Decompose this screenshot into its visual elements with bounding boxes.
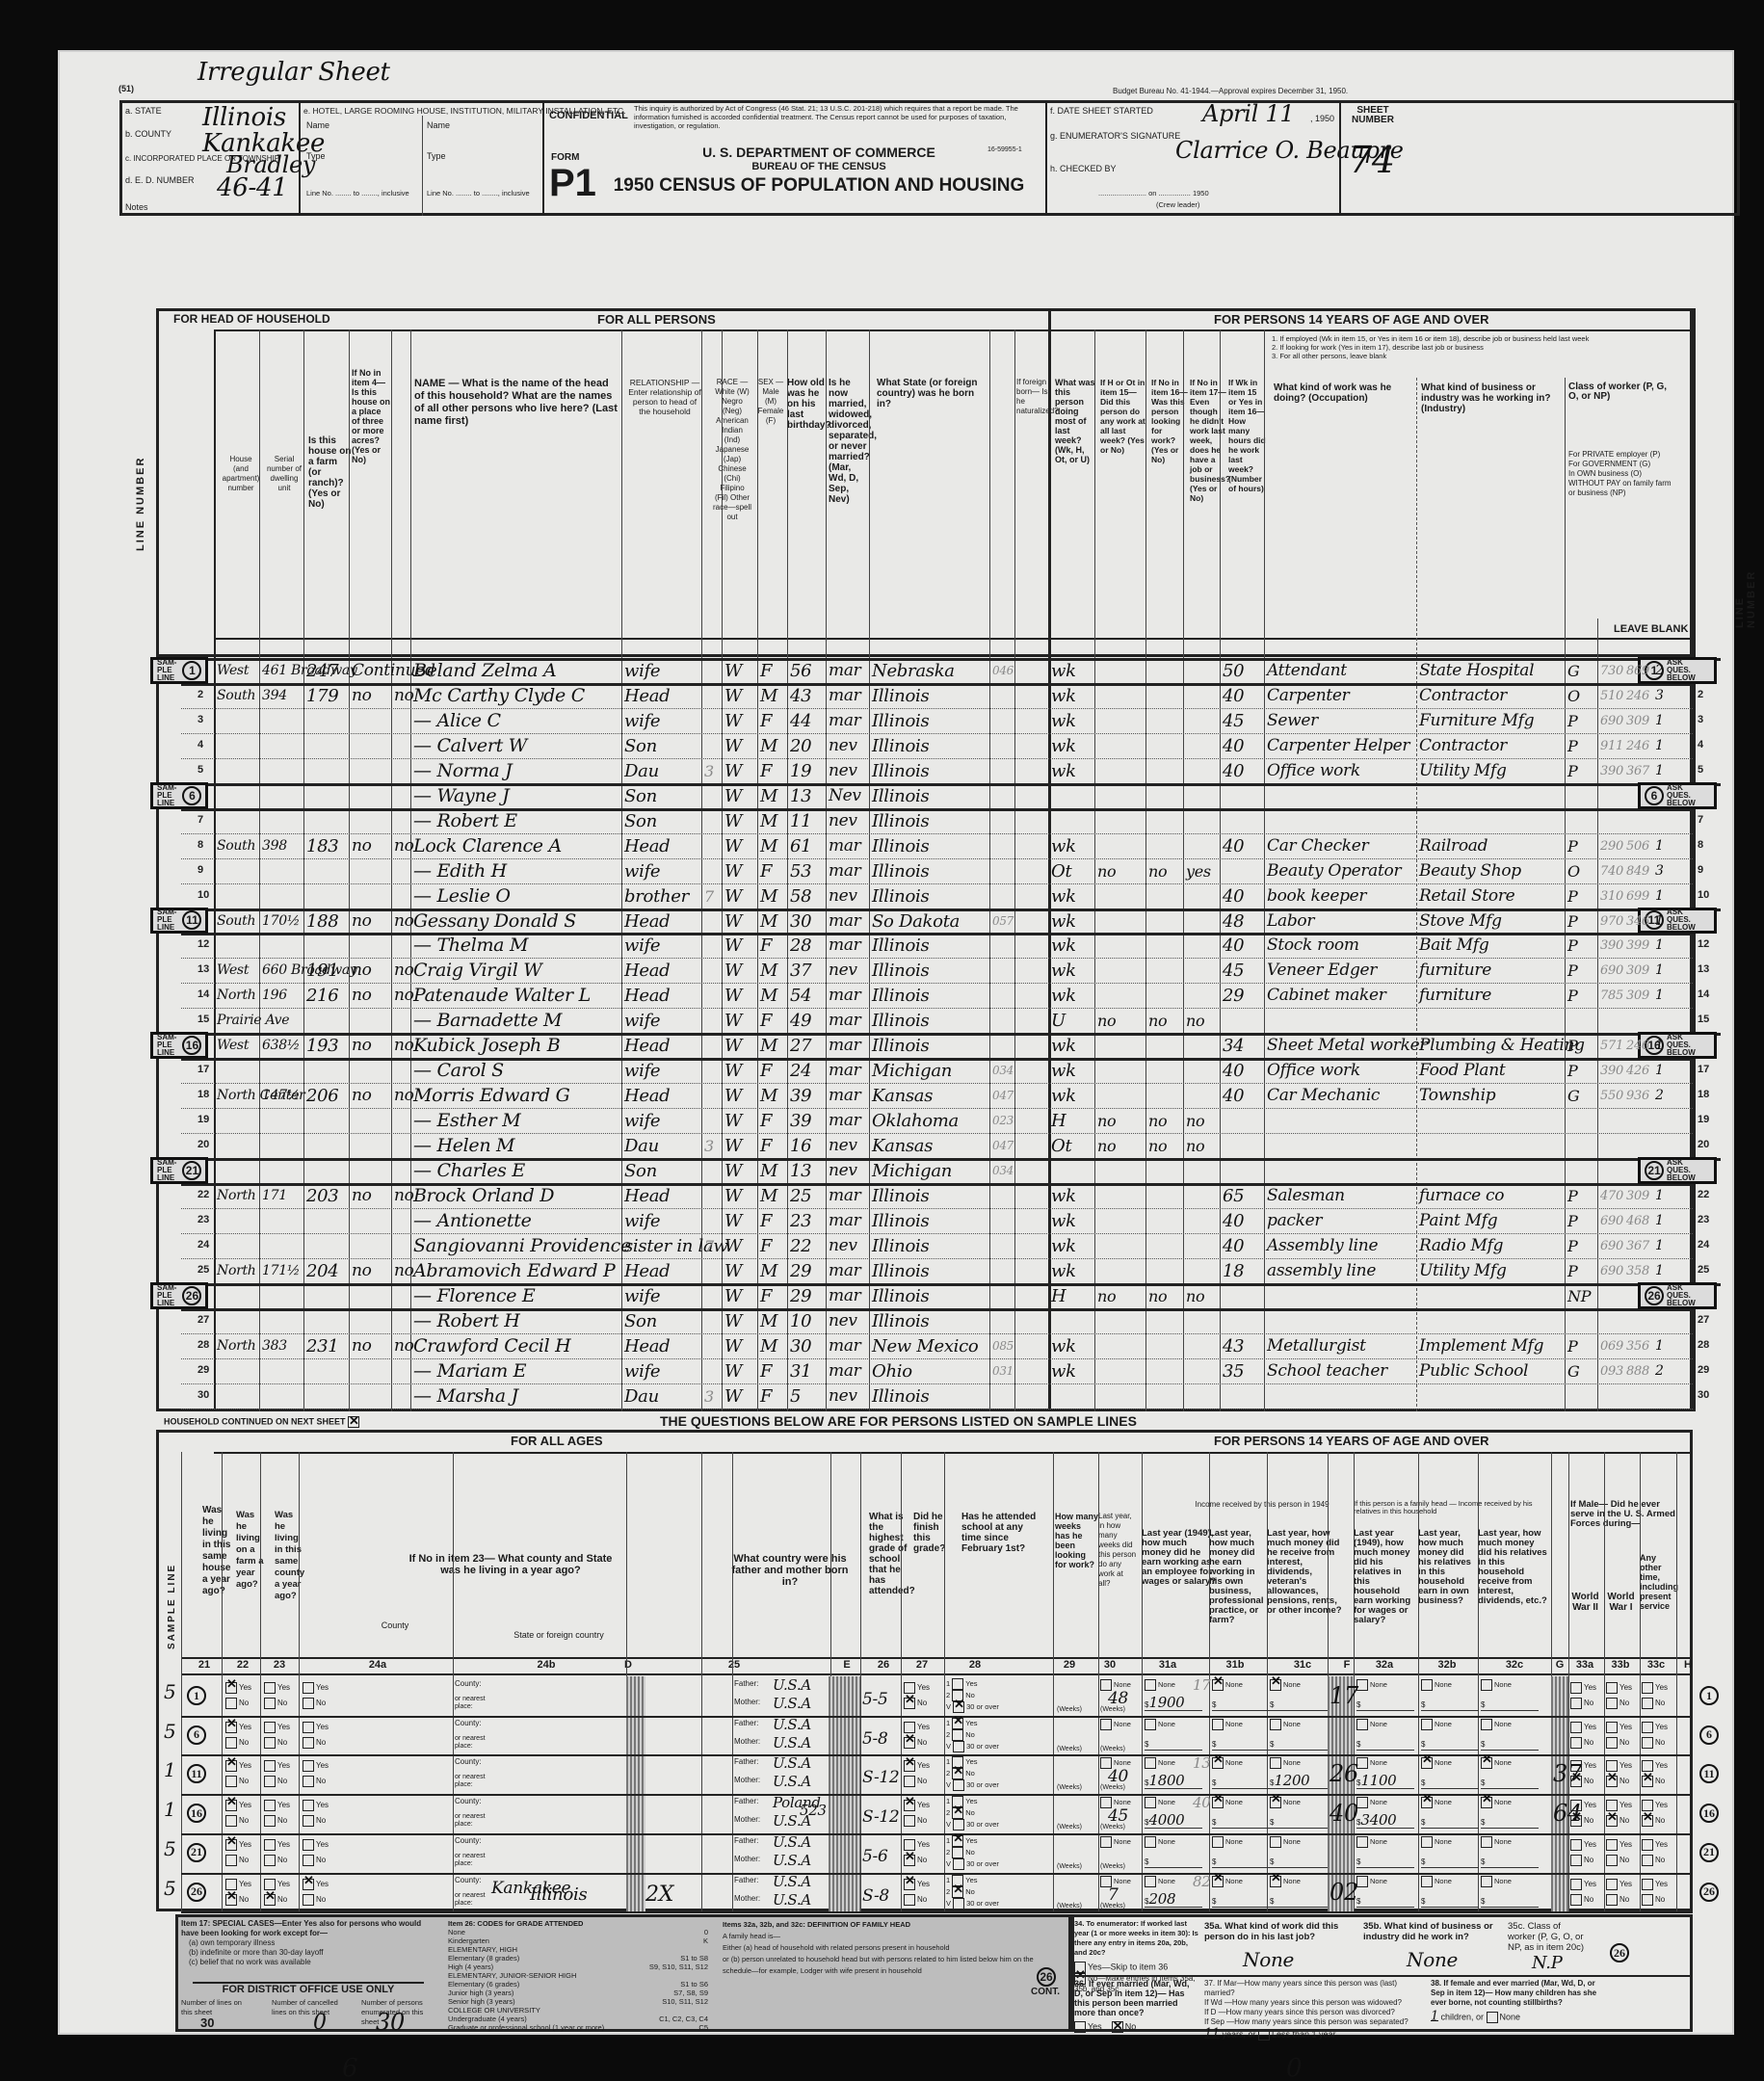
c22-yes-checkbox[interactable] [264, 1682, 276, 1694]
c21-no-checkbox[interactable] [225, 1698, 237, 1709]
cell-c3: 1 [1655, 1335, 1692, 1358]
ask-questions-tag: 6ASKQUES.BELOW [1638, 782, 1717, 809]
father-label: Father: [734, 1757, 758, 1767]
c31c-none-checkbox[interactable] [1270, 1836, 1281, 1848]
cell-street: North [217, 1335, 258, 1358]
cell-serial: 179 [306, 685, 348, 708]
c23-no-checkbox[interactable] [303, 1737, 314, 1749]
c33a-no-checkbox[interactable] [1570, 1776, 1582, 1787]
c31a-none-checkbox[interactable] [1145, 1836, 1156, 1848]
cell-hours: 43 [1223, 1335, 1263, 1358]
mother-label: Mother: [734, 1815, 760, 1825]
attend-yes-checkbox[interactable] [952, 1718, 963, 1729]
sample-c23: Yes No [303, 1839, 329, 1866]
c32c-none-checkbox[interactable] [1481, 1836, 1492, 1848]
cell-race: W [724, 1385, 756, 1409]
cell-mar: nev [829, 1385, 868, 1409]
cell-name: — Charles E [413, 1160, 620, 1183]
row-divider [181, 1008, 1693, 1009]
cell-c3: 1 [1655, 835, 1692, 858]
cell-mar: mar [829, 1035, 868, 1058]
attend-yes-checkbox[interactable] [952, 1835, 963, 1847]
finish-yes-checkbox[interactable] [904, 1760, 915, 1772]
c31b-none-checkbox[interactable] [1212, 1876, 1224, 1887]
c22-no-checkbox[interactable] [264, 1698, 276, 1709]
checked-by-line: ........................ on ............… [1098, 189, 1209, 198]
c32a-none-checkbox[interactable] [1356, 1836, 1368, 1848]
cell-c2: 849 [1626, 860, 1651, 883]
finish-no-checkbox[interactable] [904, 1776, 915, 1787]
c31c-none-checkbox[interactable] [1270, 1719, 1281, 1730]
c33a-yes-checkbox[interactable] [1570, 1682, 1582, 1694]
c21-no-checkbox[interactable] [225, 1815, 237, 1827]
c22-yes-checkbox[interactable] [264, 1839, 276, 1851]
c23-yes-checkbox[interactable] [303, 1722, 314, 1733]
cell-c2: 506 [1626, 835, 1651, 858]
c32a-none-checkbox[interactable] [1356, 1719, 1368, 1730]
cell-rel: wife [624, 1285, 700, 1308]
c31c-none-checkbox[interactable] [1270, 1679, 1281, 1691]
c31c-none-checkbox[interactable] [1270, 1797, 1281, 1808]
cell-c1: 390 [1600, 760, 1622, 783]
q35a-value: None [1243, 1948, 1294, 1971]
sample-grid-line [901, 1452, 902, 1911]
finish-yes-checkbox[interactable] [904, 1879, 915, 1890]
cell-birth: So Dakota [872, 910, 988, 934]
grid-line [757, 329, 758, 1411]
c21-no-checkbox[interactable] [225, 1737, 237, 1749]
c23-yes-checkbox[interactable] [303, 1760, 314, 1772]
state-label: a. STATE [125, 106, 162, 116]
c21-yes-checkbox[interactable] [225, 1722, 237, 1733]
q38-none-checkbox[interactable] [1487, 2012, 1498, 2023]
sample-c21: Yes No [225, 1722, 251, 1749]
cell-sex: M [760, 910, 786, 934]
cell-c1: 310 [1600, 885, 1622, 909]
q38-text: 38. If female and ever married (Mar, Wd,… [1431, 1979, 1604, 2008]
c21-yes-checkbox[interactable] [225, 1682, 237, 1694]
c33a-no-checkbox[interactable] [1570, 1815, 1582, 1827]
household-continued-checkbox[interactable] [348, 1416, 359, 1428]
line-number: 14 [197, 988, 209, 1000]
grade-codes: Item 26: CODES for GRADE ATTENDED None0K… [448, 1919, 708, 2032]
c32c-none-checkbox[interactable] [1481, 1876, 1492, 1887]
c31a-none-checkbox[interactable] [1145, 1876, 1156, 1887]
c32c-none: None [1481, 1797, 1512, 1808]
cell-c2: 309 [1626, 985, 1651, 1008]
cell-street: North [217, 1185, 258, 1208]
c31a-code: 82 [1193, 1873, 1211, 1890]
special-case-a: (a) own temporary illness [181, 1938, 432, 1948]
cell-occ: Sewer [1267, 710, 1415, 733]
c23-no-checkbox[interactable] [303, 1776, 314, 1787]
cell-occ: assembly line [1267, 1260, 1415, 1283]
cancelled-label: Number of cancelled lines on this sheet [272, 1998, 339, 2017]
cell-hours: 40 [1223, 685, 1263, 708]
cell-hours: 45 [1223, 710, 1263, 733]
c32c-none-checkbox[interactable] [1481, 1797, 1492, 1808]
c33b-yes-checkbox[interactable] [1606, 1682, 1618, 1694]
finish-no-checkbox[interactable] [904, 1737, 915, 1749]
cell-birth: Illinois [872, 835, 988, 858]
grid-line [1014, 329, 1015, 1411]
attend-no-checkbox[interactable] [952, 1768, 963, 1779]
c32b-none-checkbox[interactable] [1421, 1836, 1433, 1848]
cell-occ: book keeper [1267, 885, 1415, 909]
c31c-amount: $1200 [1270, 1776, 1328, 1789]
persons-value: 30 [376, 2009, 405, 2036]
c21-yes-checkbox[interactable] [225, 1760, 237, 1772]
c33b-yes-checkbox[interactable] [1606, 1879, 1618, 1890]
attend-no-checkbox[interactable] [952, 1807, 963, 1819]
c21-no-checkbox[interactable] [225, 1776, 237, 1787]
father-label: Father: [734, 1797, 758, 1806]
attend-30-checkbox[interactable] [953, 1741, 964, 1752]
c31b-amount: $ [1212, 1894, 1270, 1908]
c23-yes-checkbox[interactable] [303, 1839, 314, 1851]
sample-grid-line [1098, 1452, 1099, 1911]
c21-no-checkbox[interactable] [225, 1894, 237, 1906]
cell-cls: P [1567, 1035, 1596, 1058]
cell-b: 034 [992, 1160, 1014, 1183]
c33c-no-checkbox[interactable] [1642, 1894, 1653, 1906]
cell-birth: Illinois [872, 735, 988, 758]
cell-rel: Head [624, 910, 700, 934]
cell-sex: M [760, 1035, 786, 1058]
cell-farm: Continued [352, 660, 390, 683]
county-label: County: [455, 1836, 482, 1846]
cell-acres: no [394, 1035, 409, 1058]
c33b-no-checkbox[interactable] [1606, 1855, 1618, 1866]
grid-line [259, 329, 260, 1411]
finish-yes-checkbox[interactable] [904, 1800, 915, 1811]
c33c-no-checkbox[interactable] [1642, 1737, 1653, 1749]
c22-no-checkbox[interactable] [264, 1776, 276, 1787]
county-label: County: [455, 1797, 482, 1806]
sample-line-number-right: 16 [1694, 1804, 1719, 1823]
cell-house: 394 [262, 685, 303, 708]
c31b-none-checkbox[interactable] [1212, 1757, 1224, 1769]
grade-attended: 5-6 [862, 1847, 887, 1866]
c33b-no-checkbox[interactable] [1606, 1815, 1618, 1827]
finish-no-checkbox[interactable] [904, 1698, 915, 1709]
cell-ind: furnace co [1419, 1185, 1564, 1208]
c31b-none-checkbox[interactable] [1212, 1836, 1224, 1848]
c31a-none-checkbox[interactable] [1145, 1679, 1156, 1691]
c22-no-checkbox[interactable] [264, 1815, 276, 1827]
attend-no-checkbox[interactable] [952, 1886, 963, 1898]
c31b-none-checkbox[interactable] [1212, 1719, 1224, 1730]
weeks-label-29: (Weeks) [1057, 1705, 1082, 1715]
cell-house: 171½ [262, 1260, 303, 1283]
c32b-none-checkbox[interactable] [1421, 1876, 1433, 1887]
cont-line-circle: 26 [1037, 1967, 1056, 1987]
c30-none-checkbox[interactable] [1100, 1836, 1112, 1848]
q38-value: 1 [1431, 2009, 1438, 2023]
cell-acres: no [394, 685, 409, 708]
cell-name: — Thelma M [413, 935, 620, 958]
c33a-no-checkbox[interactable] [1570, 1698, 1582, 1709]
cell-wk: H [1051, 1110, 1093, 1133]
c32b-amount: $ [1421, 1815, 1479, 1829]
cell-age: 53 [790, 860, 825, 883]
sample-c22: Yes No [264, 1682, 290, 1709]
hotel-lines-2: Line No. ........ to ........, inclusive [427, 189, 530, 198]
attend-30-checkbox[interactable] [953, 1898, 964, 1910]
cell-sex: F [760, 1285, 786, 1308]
c33b-no-checkbox[interactable] [1606, 1698, 1618, 1709]
c22-yes-checkbox[interactable] [264, 1760, 276, 1772]
cell-c2: 888 [1626, 1360, 1651, 1383]
cell-c2: 367 [1626, 1235, 1651, 1258]
c33c-no-checkbox[interactable] [1642, 1776, 1653, 1787]
row-divider [181, 733, 1693, 734]
cell-occ: Attendant [1267, 660, 1415, 683]
c32b-none-checkbox[interactable] [1421, 1679, 1433, 1691]
weeks-label-30: (Weeks) [1100, 1902, 1125, 1911]
c33a-yes-checkbox[interactable] [1570, 1879, 1582, 1890]
attend-yes-checkbox[interactable] [952, 1678, 963, 1690]
sheet-number-label: SHEET NUMBER [1344, 106, 1402, 125]
c23-no-checkbox[interactable] [303, 1815, 314, 1827]
c33a-yes-checkbox[interactable] [1570, 1839, 1582, 1851]
attended-school: 1 Yes 2 No V 30 or over [946, 1756, 999, 1791]
c31b-none-checkbox[interactable] [1212, 1679, 1224, 1691]
mother-country: U.S.A [773, 1773, 811, 1790]
c32c-none-checkbox[interactable] [1481, 1719, 1492, 1730]
cell-mar: mar [829, 1285, 868, 1308]
cell-age: 29 [790, 1285, 825, 1308]
c33c-yes-checkbox[interactable] [1642, 1879, 1653, 1890]
cell-rel: Son [624, 810, 700, 833]
cell-cls: G [1567, 1360, 1596, 1383]
cell-age: 58 [790, 885, 825, 909]
sample-line-number-right: 11 [1694, 1764, 1719, 1783]
cell-b: 047 [992, 1085, 1014, 1108]
sample-c21: Yes No [225, 1839, 251, 1866]
c33c-no-checkbox[interactable] [1642, 1815, 1653, 1827]
q36-yes-checkbox[interactable] [1074, 2021, 1086, 2033]
c33c-no-checkbox[interactable] [1642, 1698, 1653, 1709]
c31a-amount: $ [1145, 1855, 1202, 1868]
line-number: 22 [197, 1189, 209, 1200]
cell-b: 047 [992, 1135, 1014, 1158]
cell-mar: nev [829, 1310, 868, 1333]
cell-h17: no [1148, 1010, 1182, 1033]
c31c-none-checkbox[interactable] [1270, 1876, 1281, 1887]
cell-age: 31 [790, 1360, 825, 1383]
c30-none-checkbox[interactable] [1100, 1719, 1112, 1730]
mother-label: Mother: [734, 1776, 760, 1785]
cell-cls: P [1567, 760, 1596, 783]
grid-line [410, 329, 411, 1411]
divider [1339, 100, 1341, 216]
cell-mar: mar [829, 935, 868, 958]
c33a-no-checkbox[interactable] [1570, 1855, 1582, 1866]
sample-line-number-right: 6 [1694, 1725, 1719, 1745]
cell-mar: mar [829, 685, 868, 708]
c23-yes-checkbox[interactable] [303, 1682, 314, 1694]
c31b-none: None [1212, 1679, 1243, 1691]
hotel-type-label-1: Type [306, 151, 326, 161]
cell-ind: State Hospital [1419, 660, 1564, 683]
cell-hours: 40 [1223, 835, 1263, 858]
cell-street: North [217, 1260, 258, 1283]
cell-acres: no [394, 835, 409, 858]
c33c-yes-checkbox[interactable] [1642, 1682, 1653, 1694]
cell-mar: nev [829, 1160, 868, 1183]
c33c-yes-checkbox[interactable] [1642, 1722, 1653, 1733]
cell-rel: Dau [624, 760, 700, 783]
cell-hours: 65 [1223, 1185, 1263, 1208]
c21-yes-checkbox[interactable] [225, 1839, 237, 1851]
c32a-none: None [1356, 1876, 1387, 1887]
c33a-no-checkbox[interactable] [1570, 1737, 1582, 1749]
bottom-mark-left: 6 [342, 2054, 357, 2081]
c32b-none: None [1421, 1797, 1452, 1808]
c23-no-checkbox[interactable] [303, 1855, 314, 1866]
cell-sex: F [760, 1010, 786, 1033]
q36-no-checkbox[interactable] [1112, 2021, 1123, 2033]
c32b-none: None [1421, 1679, 1452, 1691]
c31c-none: None [1270, 1679, 1301, 1691]
row-divider [181, 1358, 1693, 1359]
district-office-title: FOR DISTRICT OFFICE USE ONLY [193, 1982, 424, 1995]
cont-label: 26 CONT. [1031, 1967, 1060, 1997]
row-divider [181, 958, 1693, 959]
c32b-amount: $ [1421, 1737, 1479, 1751]
attend-no-checkbox[interactable] [952, 1847, 963, 1858]
sample-c33a: Yes No [1570, 1760, 1596, 1787]
c31a-none-checkbox[interactable] [1145, 1797, 1156, 1808]
row-divider [181, 1208, 1693, 1209]
c32b-none-checkbox[interactable] [1421, 1719, 1433, 1730]
income-family-header: If this person is a family head — Income… [1354, 1500, 1546, 1515]
c22-no-checkbox[interactable] [264, 1894, 276, 1906]
sample-c33a: Yes No [1570, 1682, 1596, 1709]
sheet-marker: (51) [118, 84, 134, 93]
grade-code-item: ELEMENTARY, JUNIOR-SENIOR HIGH [448, 1971, 708, 1980]
cell-rel: Son [624, 1310, 700, 1333]
c32b-amount: $ [1421, 1894, 1479, 1908]
attend-30-checkbox[interactable] [953, 1779, 964, 1791]
cell-cls: P [1567, 1185, 1596, 1208]
c33c-yes-checkbox[interactable] [1642, 1839, 1653, 1851]
c33a-no-checkbox[interactable] [1570, 1894, 1582, 1906]
c31b-none-checkbox[interactable] [1212, 1797, 1224, 1808]
c31c-none-checkbox[interactable] [1270, 1757, 1281, 1769]
finished-grade: Yes No [904, 1839, 930, 1866]
cell-birth: Illinois [872, 1285, 988, 1308]
c22-no-checkbox[interactable] [264, 1855, 276, 1866]
c33c-no-checkbox[interactable] [1642, 1855, 1653, 1866]
finish-no-checkbox[interactable] [904, 1894, 915, 1906]
cell-cls: NP [1567, 1285, 1596, 1308]
q37-sep: If Sep —How many years since this person… [1204, 2017, 1426, 2027]
c33b-no-checkbox[interactable] [1606, 1737, 1618, 1749]
attend-30-checkbox[interactable] [953, 1701, 964, 1713]
sample-margin-mark: 5 [164, 1877, 175, 1900]
c31a-none-checkbox[interactable] [1145, 1757, 1156, 1769]
cell-age: 49 [790, 1010, 825, 1033]
c22-no-checkbox[interactable] [264, 1737, 276, 1749]
c23-no-checkbox[interactable] [303, 1894, 314, 1906]
cell-name: Sangiovanni Providence [413, 1235, 620, 1258]
cell-birth: Kansas [872, 1085, 988, 1108]
c33b-yes-checkbox[interactable] [1606, 1722, 1618, 1733]
line-number: 7 [197, 814, 203, 826]
c32b-none-checkbox[interactable] [1421, 1797, 1433, 1808]
sample-line-tag: SAM-PLELINE26 [150, 1282, 208, 1309]
grid-line [1183, 329, 1184, 1411]
cell-birth: New Mexico [872, 1335, 988, 1358]
c31a-code: 40 [1193, 1794, 1211, 1811]
cell-age: 37 [790, 960, 825, 983]
household-continued-label: HOUSEHOLD CONTINUED ON NEXT SHEET [164, 1416, 361, 1428]
grid-line-major [1693, 308, 1696, 1411]
c23-no-checkbox[interactable] [303, 1698, 314, 1709]
grade-code-item: Elementary (8 grades)S1 to S8 [448, 1954, 708, 1962]
cell-name: Craig Virgil W [413, 960, 620, 983]
cell-ind: Retail Store [1419, 885, 1564, 909]
sample-c33b: Yes No [1606, 1682, 1632, 1709]
sample-line-number: 26 [181, 1883, 206, 1902]
c33a-yes-checkbox[interactable] [1570, 1722, 1582, 1733]
finish-no-checkbox[interactable] [904, 1855, 915, 1866]
c31a-none-checkbox[interactable] [1145, 1719, 1156, 1730]
c33b-no-checkbox[interactable] [1606, 1776, 1618, 1787]
cell-rel: Head [624, 1085, 700, 1108]
attend-no-checkbox[interactable] [952, 1729, 963, 1741]
c22-yes-checkbox[interactable] [264, 1722, 276, 1733]
c32c-none-checkbox[interactable] [1481, 1757, 1492, 1769]
c31b-none: None [1212, 1757, 1243, 1769]
c22-yes-checkbox[interactable] [264, 1800, 276, 1811]
c32b-none-checkbox[interactable] [1421, 1757, 1433, 1769]
c32c-none-checkbox[interactable] [1481, 1679, 1492, 1691]
cell-name: Gessany Donald S [413, 910, 620, 934]
cell-wk: wk [1051, 910, 1093, 934]
special-case-c: (c) belief that no work was available [181, 1958, 432, 1967]
c33b-no-checkbox[interactable] [1606, 1894, 1618, 1906]
q37-less-checkbox[interactable] [1258, 2029, 1270, 2041]
c33b-yes-checkbox[interactable] [1606, 1839, 1618, 1851]
cell-sex: F [760, 1060, 786, 1083]
enumerator-label: g. ENUMERATOR'S SIGNATURE [1050, 131, 1180, 141]
cell-sex: F [760, 710, 786, 733]
nearest-place-label: or nearestplace: [455, 1813, 486, 1829]
attend-30-checkbox[interactable] [953, 1858, 964, 1870]
attend-30-checkbox[interactable] [953, 1819, 964, 1831]
c21-yes-checkbox[interactable] [225, 1800, 237, 1811]
q37-value: 11 [1204, 2026, 1220, 2041]
sample-c33b: Yes No [1606, 1722, 1632, 1749]
grid-line [1264, 329, 1265, 1411]
c23-yes-checkbox[interactable] [303, 1800, 314, 1811]
cell-sex: M [760, 1160, 786, 1183]
cell-birth: Illinois [872, 985, 988, 1008]
finish-no-checkbox[interactable] [904, 1815, 915, 1827]
cell-street: South [217, 685, 258, 708]
c23-yes-checkbox[interactable] [303, 1879, 314, 1890]
sample-grid-line [701, 1452, 702, 1911]
cell-street: Prairie Ave [217, 1010, 258, 1033]
sample-grid-line [732, 1452, 733, 1911]
c32a-amount: $ [1356, 1737, 1414, 1751]
c31b-header: Last year, how much money did he earn wo… [1209, 1529, 1267, 1625]
cell-house: 171 [262, 1185, 303, 1208]
c21-no-checkbox[interactable] [225, 1855, 237, 1866]
